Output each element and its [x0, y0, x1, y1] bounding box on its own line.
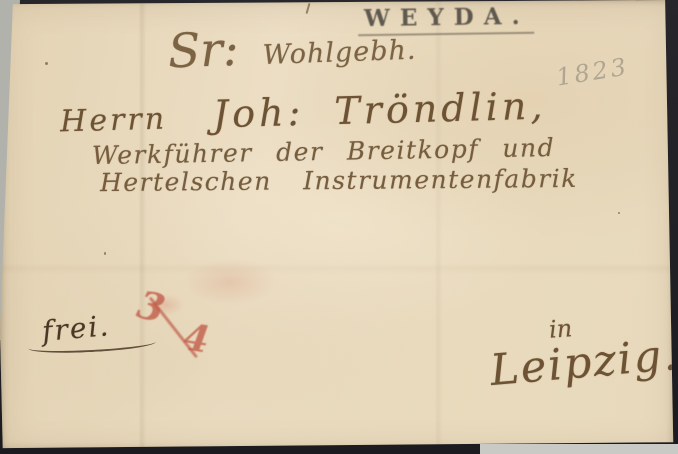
ink-speck	[104, 252, 106, 255]
address-line-name: Herrn Joh: Tröndlin,	[60, 84, 547, 141]
ink-tick-mark	[306, 3, 311, 14]
red-chalk-smudge	[182, 258, 278, 306]
address-line-factory: Hertelschen Instrumentenfabrik	[100, 164, 578, 197]
pencil-year-note: 1823	[554, 52, 631, 91]
rate-marking-numerator: 3	[133, 281, 170, 331]
salutation-line: Sr: Wohlgebh.	[167, 20, 417, 76]
ink-speck	[45, 62, 48, 65]
salutation-prefix: Sr:	[167, 26, 239, 75]
scanned-letter-photo: WEYDA. Sr: Wohlgebh. 1823 Herrn Joh: Trö…	[0, 0, 678, 454]
salutation-text: Wohlgebh.	[262, 35, 417, 71]
address-honorific: Herrn	[60, 102, 168, 140]
folded-letter-cover: WEYDA. Sr: Wohlgebh. 1823 Herrn Joh: Trö…	[0, 0, 678, 454]
scanner-background-corner	[480, 444, 678, 454]
ink-speck	[618, 212, 620, 214]
rate-marking-denominator: 4	[181, 316, 212, 361]
addressee-name: Joh: Tröndlin,	[212, 84, 547, 137]
destination-city: Leipzig.	[488, 330, 678, 396]
